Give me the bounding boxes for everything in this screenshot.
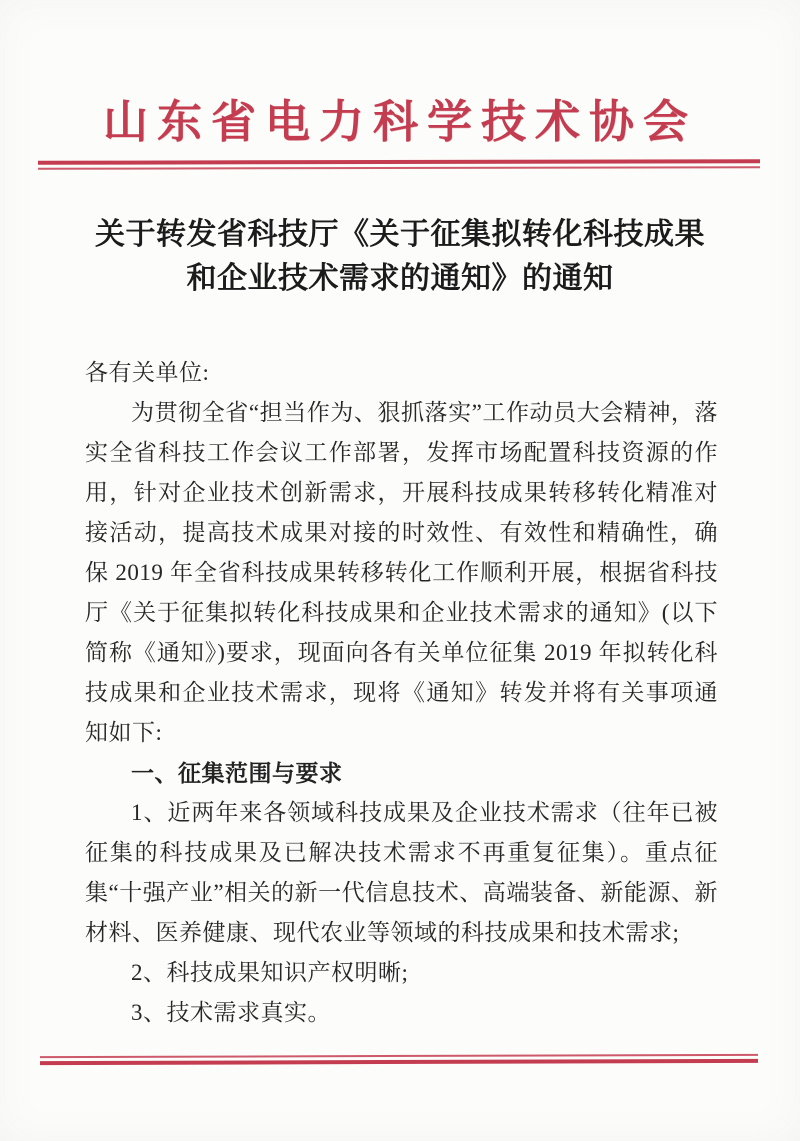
- scanned-notice-page: 山东省电力科学技术协会 关于转发省科技厅《关于征集拟转化科技成果 和企业技术需求…: [0, 0, 800, 1141]
- document-title-line-2: 和企业技术需求的通知》的通知: [0, 257, 800, 301]
- org-name: 山东省电力科学技术协会: [0, 94, 800, 150]
- footer-divider: [40, 1054, 758, 1065]
- item-3: 3、技术需求真实。: [85, 993, 718, 1033]
- document-title-line-1: 关于转发省科技厅《关于征集拟转化科技成果: [0, 213, 800, 257]
- divider-thick-line: [40, 1059, 758, 1065]
- document-body: 各有关单位:为贯彻全省“担当作为、狠抓落实”工作动员大会精神，落实全省科技工作会…: [85, 353, 718, 1033]
- letterhead-divider: [38, 159, 760, 170]
- paragraph-intro: 为贯彻全省“担当作为、狠抓落实”工作动员大会精神，落实全省科技工作会议工作部署，…: [85, 393, 718, 753]
- letterhead: 山东省电力科学技术协会: [0, 0, 800, 169]
- salutation: 各有关单位:: [85, 353, 718, 393]
- divider-thin-line: [38, 166, 760, 170]
- document-title: 关于转发省科技厅《关于征集拟转化科技成果 和企业技术需求的通知》的通知: [0, 213, 800, 301]
- divider-thick-line: [38, 159, 760, 165]
- section-heading: 一、征集范围与要求: [85, 753, 718, 793]
- item-2: 2、科技成果知识产权明晰;: [85, 953, 718, 993]
- item-1: 1、近两年来各领域科技成果及企业技术需求（往年已被征集的科技成果及已解决技术需求…: [85, 793, 718, 953]
- divider-thin-line: [40, 1054, 758, 1058]
